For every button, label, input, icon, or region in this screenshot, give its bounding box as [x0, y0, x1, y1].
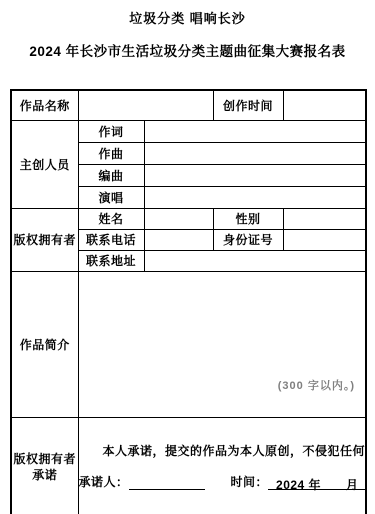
pledge-time-field[interactable]: 2024 年 月 日 [268, 476, 366, 490]
page-title: 垃圾分类 唱响长沙 [0, 8, 375, 27]
owner-name-field[interactable] [144, 208, 213, 229]
intro-field[interactable]: (300 字以内。) [78, 271, 366, 417]
pledge-time-label: 时间： [231, 475, 269, 489]
address-label: 联系地址 [78, 250, 144, 271]
pledge-text: 本人承诺，提交的作品为本人原创，不侵犯任何第三方的知识产权或其他权利，如本作品发… [79, 443, 366, 460]
intro-label: 作品简介 [11, 271, 78, 417]
row-work-name: 作品名称 创作时间 [11, 90, 366, 120]
composer-field[interactable] [144, 142, 366, 164]
arranger-label: 编曲 [78, 164, 144, 186]
pledge-signer-field[interactable] [129, 476, 205, 490]
pledge-cell: 本人承诺，提交的作品为本人原创，不侵犯任何第三方的知识产权或其他权利，如本作品发… [78, 417, 366, 514]
owner-name-label: 姓名 [78, 208, 144, 229]
gender-field[interactable] [283, 208, 366, 229]
creation-time-field[interactable] [283, 90, 366, 120]
form-page: 垃圾分类 唱响长沙 2024 年长沙市生活垃圾分类主题曲征集大赛报名表 作品名称… [0, 0, 375, 514]
creation-time-label: 创作时间 [213, 90, 283, 120]
creators-label: 主创人员 [11, 120, 78, 208]
page-subtitle: 2024 年长沙市生活垃圾分类主题曲征集大赛报名表 [0, 40, 375, 60]
pledge-sign-row: 承诺人：时间：2024 年 月 日 [79, 473, 366, 490]
phone-field[interactable] [144, 229, 213, 250]
id-number-field[interactable] [283, 229, 366, 250]
singer-field[interactable] [144, 186, 366, 208]
intro-note: (300 字以内。) [278, 377, 355, 393]
singer-label: 演唱 [78, 186, 144, 208]
work-name-label: 作品名称 [11, 90, 78, 120]
row-intro: 作品简介 (300 字以内。) [11, 271, 366, 417]
id-number-label: 身份证号 [213, 229, 283, 250]
pledge-label: 版权拥有者 承诺 [11, 417, 78, 514]
row-pledge: 版权拥有者 承诺 本人承诺，提交的作品为本人原创，不侵犯任何第三方的知识产权或其… [11, 417, 366, 514]
registration-form-table: 作品名称 创作时间 主创人员 作词 作曲 编曲 演唱 版权拥有者 姓名 [10, 89, 367, 514]
pledge-label-line1: 版权拥有者 [12, 451, 78, 467]
address-field[interactable] [144, 250, 366, 271]
row-lyricist: 主创人员 作词 [11, 120, 366, 142]
arranger-field[interactable] [144, 164, 366, 186]
row-owner-name: 版权拥有者 姓名 性别 [11, 208, 366, 229]
copyright-owner-label: 版权拥有者 [11, 208, 78, 271]
gender-label: 性别 [213, 208, 283, 229]
phone-label: 联系电话 [78, 229, 144, 250]
work-name-field[interactable] [78, 90, 213, 120]
pledge-label-line2: 承诺 [12, 467, 78, 483]
lyricist-field[interactable] [144, 120, 366, 142]
pledge-signer-label: 承诺人： [79, 475, 129, 489]
lyricist-label: 作词 [78, 120, 144, 142]
composer-label: 作曲 [78, 142, 144, 164]
